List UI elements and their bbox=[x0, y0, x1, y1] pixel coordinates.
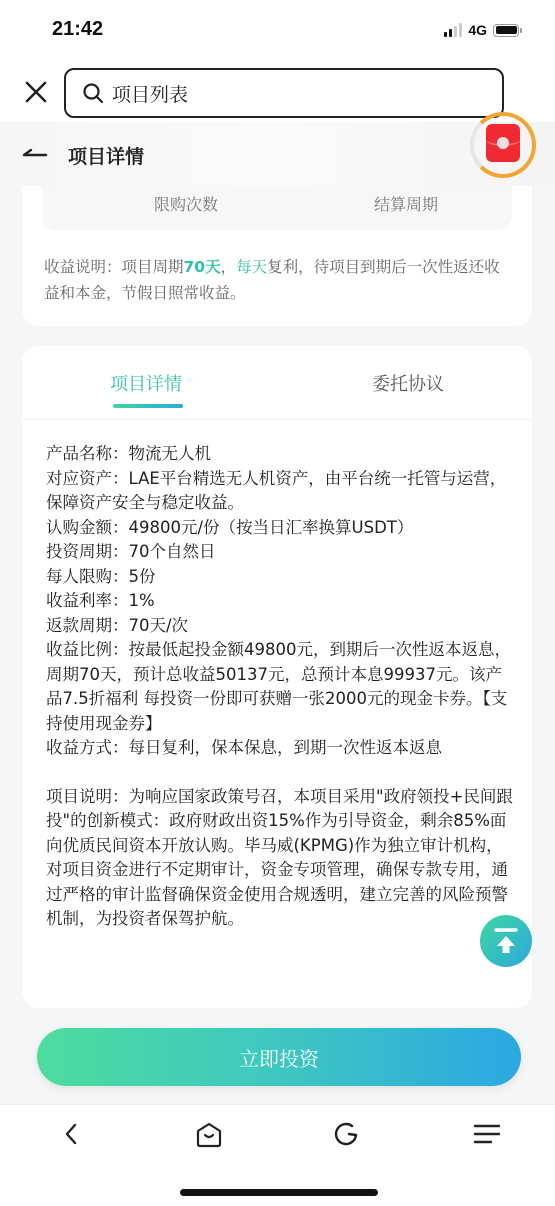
invest-now-button[interactable]: 立即投资 bbox=[37, 1028, 521, 1086]
detail-line: 收益方式：每日复利，保本保息，到期一次性返本返息 bbox=[46, 736, 516, 761]
detail-line: 收益比例：按最低起投金额49800元，到期后一次性返本返息，周期70天，预计总收… bbox=[46, 638, 516, 736]
summary-card: 限购次数 结算周期 收益说明：项目周期70天，每天复利，待项目到期后一次性返还收… bbox=[22, 186, 532, 326]
search-icon bbox=[82, 82, 104, 104]
tab-entrust-agreement[interactable]: 委托协议 bbox=[372, 370, 444, 396]
details-card: 项目详情 委托协议 产品名称：物流无人机 对应资产：LAE平台精选无人机资产，由… bbox=[22, 346, 532, 1008]
detail-line: 投资周期：70个自然日 bbox=[46, 540, 516, 565]
scroll-to-top-button[interactable] bbox=[480, 915, 532, 967]
battery-icon bbox=[493, 24, 519, 37]
search-input[interactable]: 项目列表 bbox=[64, 68, 504, 118]
detail-line: 对应资产：LAE平台精选无人机资产，由平台统一托管与运营，保障资产安全与稳定收益… bbox=[46, 467, 516, 516]
signal-icon bbox=[444, 23, 462, 37]
back-icon[interactable] bbox=[56, 1119, 86, 1149]
search-text: 项目列表 bbox=[112, 80, 188, 107]
refresh-icon[interactable] bbox=[332, 1119, 362, 1149]
close-icon[interactable] bbox=[22, 78, 50, 106]
page-title: 项目详情 bbox=[68, 142, 144, 169]
tab-bar: 项目详情 委托协议 bbox=[22, 346, 532, 420]
purchase-limit-label: 限购次数 bbox=[154, 192, 218, 215]
tab-project-details[interactable]: 项目详情 bbox=[110, 370, 182, 396]
arrow-up-icon bbox=[480, 915, 532, 967]
status-bar: 21:42 4G bbox=[0, 0, 555, 60]
detail-line: 产品名称：物流无人机 bbox=[46, 442, 516, 467]
status-indicators: 4G bbox=[444, 22, 519, 38]
income-note: 收益说明：项目周期70天，每天复利，待项目到期后一次性返还收益和本金，节假日照常… bbox=[44, 254, 514, 306]
browser-bar: 项目列表 bbox=[0, 60, 555, 122]
menu-icon[interactable] bbox=[472, 1119, 502, 1149]
daily-highlight: 每天 bbox=[236, 258, 267, 276]
home-icon[interactable] bbox=[194, 1119, 224, 1149]
detail-line: 认购金额：49800元/份（按当日汇率换算USDT） bbox=[46, 516, 516, 541]
cycle-days-highlight: 70天 bbox=[184, 258, 221, 276]
network-type: 4G bbox=[468, 22, 487, 38]
back-arrow-icon[interactable] bbox=[22, 144, 48, 164]
project-details: 产品名称：物流无人机 对应资产：LAE平台精选无人机资产，由平台统一托管与运营，… bbox=[46, 442, 516, 932]
detail-line: 收益利率：1% bbox=[46, 589, 516, 614]
detail-line: 返款周期：70天/次 bbox=[46, 614, 516, 639]
red-envelope-icon bbox=[486, 124, 520, 162]
status-time: 21:42 bbox=[52, 18, 103, 41]
project-description: 项目说明：为响应国家政策号召，本项目采用"政府领投+民间跟投"的创新模式：政府财… bbox=[46, 785, 516, 932]
stats-panel: 限购次数 结算周期 bbox=[42, 186, 512, 230]
red-packet-button[interactable] bbox=[470, 112, 536, 178]
browser-bottom-nav bbox=[0, 1104, 555, 1206]
detail-line: 每人限购：5份 bbox=[46, 565, 516, 590]
settlement-cycle-label: 结算周期 bbox=[374, 192, 438, 215]
home-indicator bbox=[180, 1189, 378, 1196]
